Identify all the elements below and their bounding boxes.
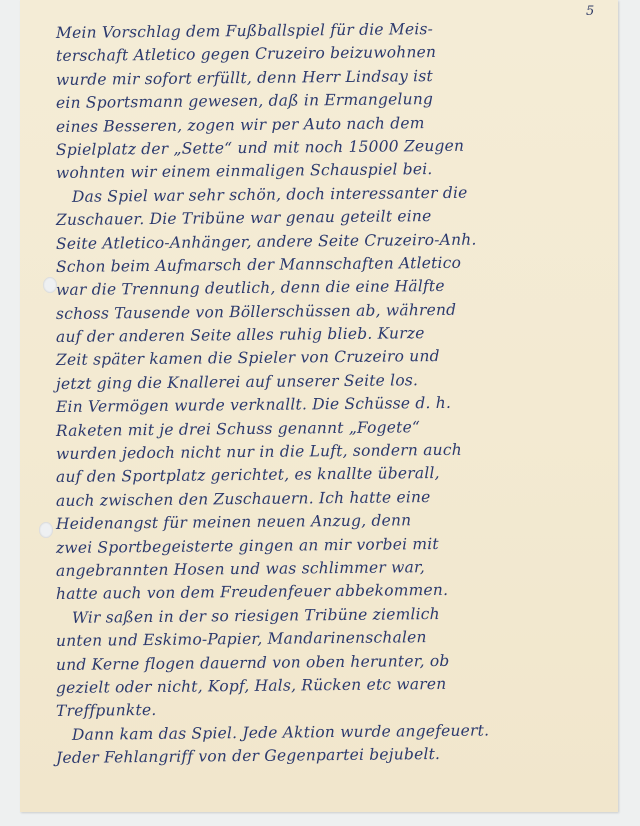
handwritten-text: Mein Vorschlag dem Fußballspiel für die … bbox=[56, 22, 626, 771]
punch-hole-bottom bbox=[39, 522, 53, 538]
text-line: Jeder Fehlangriff von der Gegenpartei be… bbox=[56, 741, 626, 770]
letter-page: 5 Mein Vorschlag dem Fußballspiel für di… bbox=[20, 0, 618, 812]
